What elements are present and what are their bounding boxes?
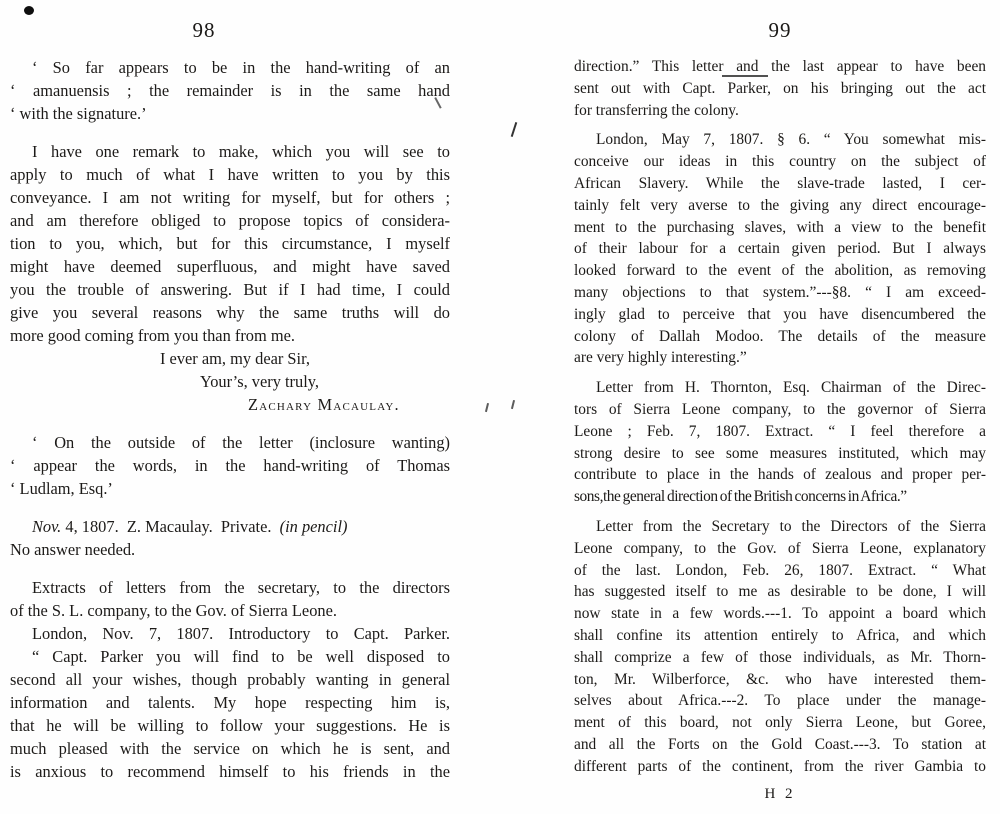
text-line: tainly felt very averse to the giving an… [574,195,986,217]
text-line: conveyance. I am not writing for myself,… [10,186,450,209]
text-line: tion to you, which, but for this circums… [10,232,450,255]
page-number-left: 98 [0,18,424,43]
text-line: ‘ So far appears to be in the hand-writi… [10,56,450,79]
quote-handwriting-note: ‘ So far appears to be in the hand-writi… [10,56,450,125]
text-line: information and talents. My hope respect… [10,691,450,714]
text-line: of the S. L. company, to the Gov. of Sie… [10,599,450,622]
text-line: Your’s, very truly, [10,370,450,393]
text-line: ‘ with the signature.’ [10,102,450,125]
page-99-text: direction.” This letter and the last app… [574,56,986,786]
text-line: Zachary Macaulay. [10,393,450,416]
extracts-introduction: Extracts of letters from the secretary, … [10,576,450,783]
text-line: ment of this board, not only Sierra Leon… [574,712,986,734]
direction-continuation: direction.” This letter and the last app… [574,56,986,121]
text-line: conceive our ideas in this country on th… [574,151,986,173]
text-line: No answer needed. [10,538,450,561]
scan-artifact [511,400,515,409]
text-line: ton, Mr. Wilberforce, &c. who have inter… [574,669,986,691]
text-line: now state in a few words.---1. To appoin… [574,603,986,625]
text-line: different parts of the continent, from t… [574,756,986,778]
text-line: Nov. 4, 1807. Z. Macaulay. Private. (in … [10,515,450,538]
text-line: and am therefore obliged to propose topi… [10,209,450,232]
text-line: shall comprize a few of those individual… [574,647,986,669]
text-line: Letter from H. Thornton, Esq. Chairman o… [574,377,986,399]
letter-may-7-1807: London, May 7, 1807. § 6. “ You somewhat… [574,129,986,369]
text-line: more good coming from you than from me. [10,324,450,347]
text-line: that he will be willing to follow your s… [10,714,450,737]
text-line: ‘ amanuensis ; the remainder is in the s… [10,79,450,102]
text-line: is anxious to recommend himself to his f… [10,760,450,783]
text-line: contribute to place in the hands of zeal… [574,464,986,486]
text-line: of the last. London, Feb. 26, 1807. Extr… [574,560,986,582]
text-line: for transferring the colony. [574,100,986,122]
text-line: colony of Dallah Modoo. The details of t… [574,326,986,348]
page-98: 98 ‘ So far appears to be in the hand-wr… [10,0,450,814]
text-line: give you several reasons why the same tr… [10,301,450,324]
signature-mark: H 2 [574,786,986,803]
text-line: ingly glad to perceive that you have dis… [574,304,986,326]
text-line: are very highly interesting.” [574,347,986,369]
text-line: ‘ Ludlam, Esq.’ [10,477,450,500]
text-line: many objections to that system.”---§8. “… [574,282,986,304]
text-line: ment to the purchasing slaves, with a vi… [574,217,986,239]
text-line: has suggested itself to me as desirable … [574,581,986,603]
text-line: shall confine its attention entirely to … [574,625,986,647]
text-line: sent out with Capt. Parker, on his bring… [574,78,986,100]
text-line: Leone ; Feb. 7, 1807. Extract. “ I feel … [574,421,986,443]
scan-artifact [511,122,518,137]
text-line: African Slavery. While the slave-trade l… [574,173,986,195]
text-line: ‘ On the outside of the letter (inclosur… [10,431,450,454]
text-line: direction.” This letter and the last app… [574,56,986,78]
letter-secretary-feb-26-1807: Letter from the Secretary to the Directo… [574,516,986,778]
plain-text: 4, 1807. Z. Macaulay. Private. [61,517,279,536]
text-line: and all the Forts on the Gold Coast.---3… [574,734,986,756]
text-line: might have deemed superfluous, and might… [10,255,450,278]
page-number-right: 99 [574,18,986,43]
text-line: ‘ appear the words, in the hand-writing … [10,454,450,477]
text-line: Extracts of letters from the secretary, … [10,576,450,599]
italic-text: Nov. [32,517,61,536]
text-line: selves about Africa.---2. To place under… [574,690,986,712]
text-line: Leone company, to the Gov. of Sierra Leo… [574,538,986,560]
letter-body-paragraph: I have one remark to make, which you wil… [10,140,450,416]
text-line: Letter from the Secretary to the Directo… [574,516,986,538]
page-98-text: ‘ So far appears to be in the hand-writi… [10,56,450,798]
text-line: London, May 7, 1807. § 6. “ You somewhat… [574,129,986,151]
text-line: tors of Sierra Leone company, to the gov… [574,399,986,421]
letter-thornton-feb-7-1807: Letter from H. Thornton, Esq. Chairman o… [574,377,986,508]
text-line: I ever am, my dear Sir, [10,347,450,370]
text-line: apply to much of what I have written to … [10,163,450,186]
text-line: of their labour for a certain given peri… [574,238,986,260]
text-line: strong desire to see some measures insti… [574,443,986,465]
text-line: London, Nov. 7, 1807. Introductory to Ca… [10,622,450,645]
scan-artifact [485,403,489,412]
pencil-annotation: Nov. 4, 1807. Z. Macaulay. Private. (in … [10,515,450,561]
text-line: looked forward to the event of the aboli… [574,260,986,282]
italic-text: (in pencil) [280,517,348,536]
text-line: second all your wishes, though probably … [10,668,450,691]
text-line: you the trouble of answering. But if I h… [10,278,450,301]
text-line: I have one remark to make, which you wil… [10,140,450,163]
outside-letter-note: ‘ On the outside of the letter (inclosur… [10,431,450,500]
text-line: “ Capt. Parker you will find to be well … [10,645,450,668]
text-line: sons,the general direction of the Britis… [574,486,986,508]
text-line: much pleased with the service on which h… [10,737,450,760]
page-99: 99 direction.” This letter and the last … [574,0,986,814]
